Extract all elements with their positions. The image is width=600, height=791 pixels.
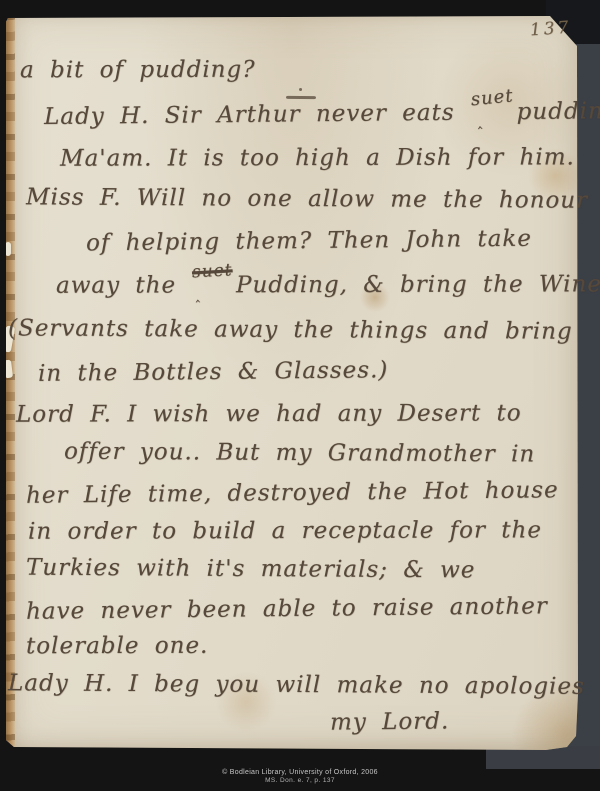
page-number: 137	[529, 20, 572, 40]
caption-shelfmark: MS. Don. e. 7, p. 137	[0, 777, 600, 785]
top-border-band	[0, 0, 600, 17]
page-edge-tear	[5, 242, 11, 256]
caption-copyright: © Bodleian Library, University of Oxford…	[0, 768, 600, 777]
library-caption: © Bodleian Library, University of Oxford…	[0, 768, 600, 785]
manuscript-scan: 137 a bit of pudding?Lady H. Sir Arthur …	[0, 0, 600, 791]
manuscript-page	[6, 14, 578, 750]
binding-edge	[6, 14, 15, 750]
